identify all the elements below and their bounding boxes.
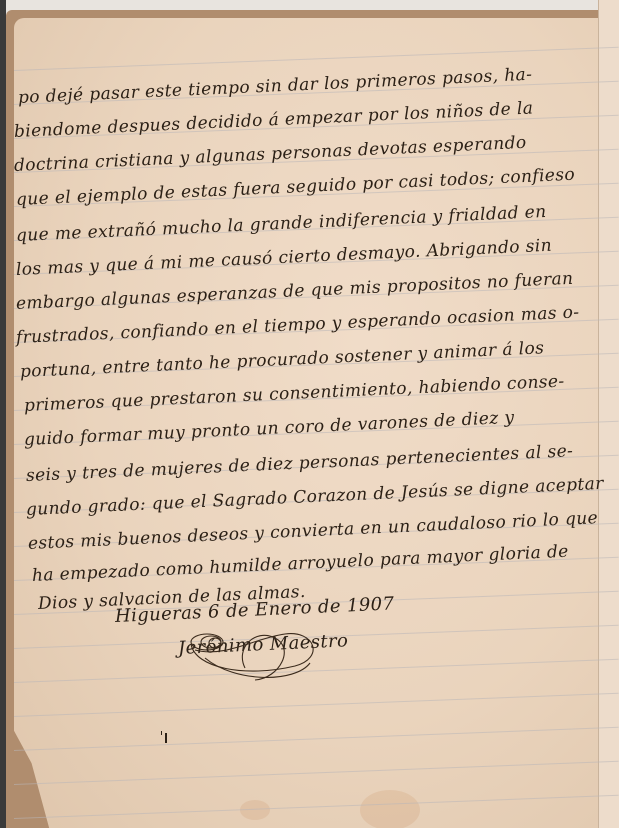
signature-flourish-icon	[185, 628, 325, 688]
paper-stain	[360, 790, 420, 828]
ink-mark	[161, 731, 162, 735]
adjacent-page-edge	[598, 0, 619, 828]
ink-mark	[165, 733, 167, 743]
